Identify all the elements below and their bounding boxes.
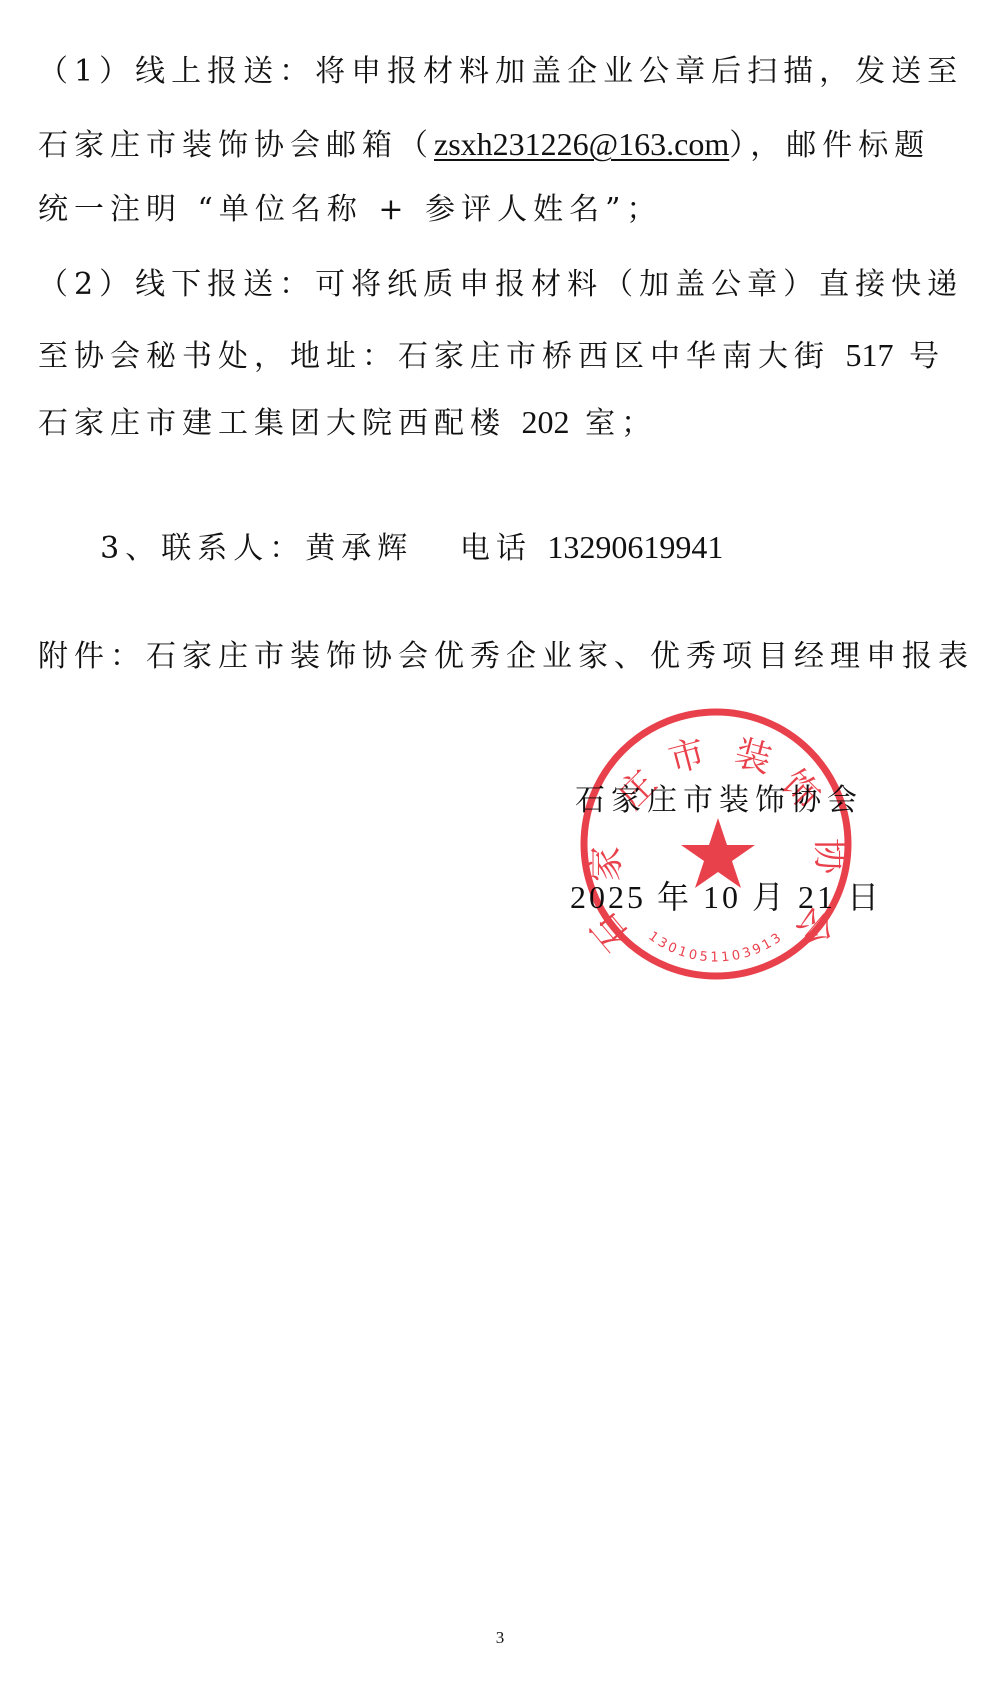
- text: 统一注明 “单位名称 + 参评人姓名”；: [38, 192, 662, 227]
- text: （1）线上报送：将申报材料加盖企业公章后扫描，发送至: [38, 54, 963, 89]
- attachment-line: 附件：石家庄市装饰协会优秀企业家、优秀项目经理申报表: [38, 637, 962, 677]
- paragraph-offline-submission-line-3: 石家庄市建工集团大院西配楼 202 室；: [38, 402, 962, 442]
- seal-code-text: 1301051103913: [646, 929, 787, 965]
- text: 号: [894, 339, 946, 374]
- paragraph-online-submission-line-2: 石家庄市装饰协会邮箱（zsxh231226@163.com），邮件标题: [38, 124, 962, 164]
- text: 石家庄市建工集团大院西配楼: [38, 406, 522, 441]
- text: 至协会秘书处，地址：石家庄市桥西区中华南大街: [38, 339, 846, 374]
- text: ），邮件标题: [729, 128, 930, 163]
- seal-char: 家: [586, 846, 627, 882]
- contact-line: 3、联系人：黄承辉 电话 13290619941: [38, 487, 962, 527]
- text: （2）线下报送：可将纸质申报材料（加盖公章）直接快递: [38, 267, 963, 302]
- seal-char: 市: [664, 732, 709, 781]
- seal-char: 装: [730, 732, 775, 781]
- street-number: 517: [846, 337, 894, 373]
- seal-code: 1301051103913: [646, 929, 787, 965]
- document-page: （1）线上报送：将申报材料加盖企业公章后扫描，发送至 石家庄市装饰协会邮箱（zs…: [0, 0, 1000, 1703]
- attachment-text: 附件：石家庄市装饰协会优秀企业家、优秀项目经理申报表: [38, 639, 974, 674]
- contact-label: 3、联系人：黄承辉 电话: [100, 531, 547, 566]
- paragraph-online-submission-line-1: （1）线上报送：将申报材料加盖企业公章后扫描，发送至: [38, 52, 962, 92]
- seal-char: 庄: [611, 763, 665, 817]
- phone-number: 13290619941: [547, 529, 723, 565]
- official-seal: 石 家 庄 市 装 饰 协 会 1301051103913: [578, 706, 854, 982]
- paragraph-online-submission-line-3: 统一注明 “单位名称 + 参评人姓名”；: [38, 190, 962, 230]
- text: 石家庄市装饰协会邮箱（: [38, 128, 434, 163]
- text: 室；: [570, 406, 658, 441]
- star-icon: [681, 818, 755, 888]
- seal-char: 石: [584, 904, 639, 958]
- email-link[interactable]: zsxh231226@163.com: [434, 126, 729, 162]
- seal-char: 协: [809, 838, 850, 876]
- page-number: 3: [0, 1628, 1000, 1648]
- seal-char: 饰: [773, 763, 827, 817]
- paragraph-offline-submission-line-2: 至协会秘书处，地址：石家庄市桥西区中华南大街 517 号: [38, 335, 962, 375]
- room-number: 202: [522, 404, 570, 440]
- paragraph-offline-submission-line-1: （2）线下报送：可将纸质申报材料（加盖公章）直接快递: [38, 265, 962, 305]
